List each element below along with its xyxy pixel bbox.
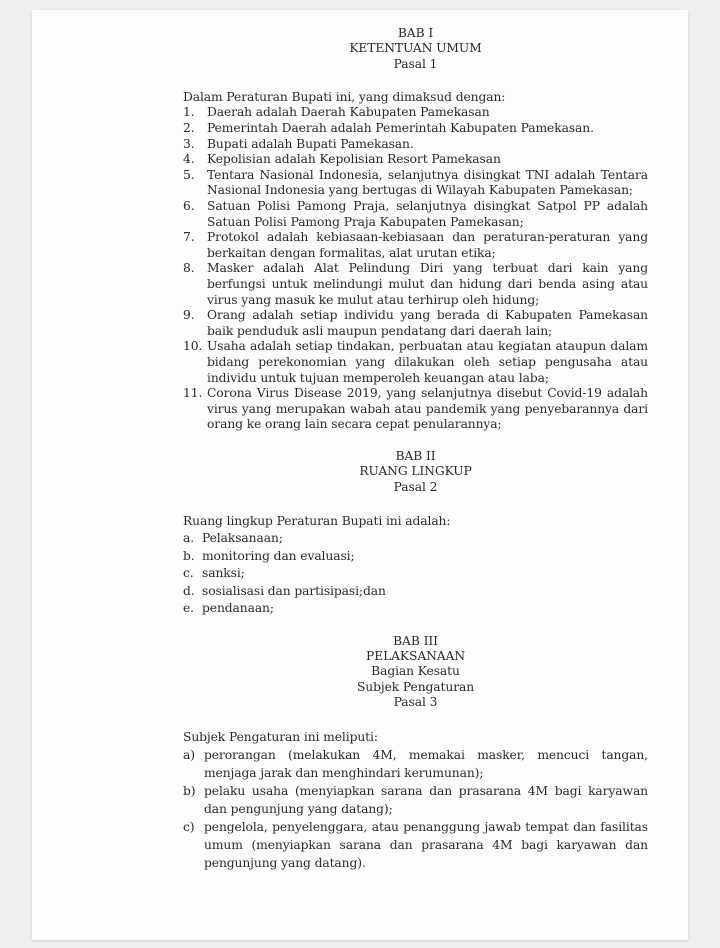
- list-item: a)perorangan (melakukan 4M, memakai mask…: [183, 746, 648, 782]
- bagian-label: Bagian Kesatu: [183, 664, 648, 679]
- list-marker: e.: [183, 600, 194, 618]
- list-marker: 5.: [183, 168, 195, 184]
- list-marker: 7.: [183, 230, 195, 246]
- list-item: c)pengelola, penyelenggara, atau penangg…: [183, 818, 648, 872]
- list-item: 6.Satuan Polisi Pamong Praja, selanjutny…: [183, 199, 648, 230]
- list-item: 2.Pemerintah Daerah adalah Pemerintah Ka…: [183, 121, 648, 137]
- list-marker: 2.: [183, 121, 195, 137]
- bab3-subtitle: Subjek Pengaturan: [183, 680, 648, 695]
- bab3-heading: BAB III PELAKSANAAN Bagian Kesatu Subjek…: [183, 634, 648, 710]
- list-item: e.pendanaan;: [183, 600, 648, 618]
- list-item: a.Pelaksanaan;: [183, 530, 648, 548]
- list-item: 11.Corona Virus Disease 2019, yang selan…: [183, 386, 648, 433]
- bab1-number: BAB I: [183, 26, 648, 41]
- pasal1-label: Pasal 1: [183, 57, 648, 72]
- list-marker: 11.: [183, 386, 202, 402]
- list-marker: 10.: [183, 339, 202, 355]
- bab2-title: RUANG LINGKUP: [183, 464, 648, 479]
- list-item: 7.Protokol adalah kebiasaan-kebiasaan da…: [183, 230, 648, 261]
- bab1-title: KETENTUAN UMUM: [183, 41, 648, 56]
- list-item: c.sanksi;: [183, 565, 648, 583]
- document-content: BAB I KETENTUAN UMUM Pasal 1 Dalam Perat…: [183, 26, 648, 872]
- pasal2-label: Pasal 2: [183, 480, 648, 495]
- bab1-intro: Dalam Peraturan Bupati ini, yang dimaksu…: [183, 90, 648, 106]
- list-marker: d.: [183, 583, 195, 601]
- bab3-title: PELAKSANAAN: [183, 649, 648, 664]
- list-marker: 3.: [183, 137, 195, 153]
- bab3-number: BAB III: [183, 634, 648, 649]
- list-marker: 8.: [183, 261, 195, 277]
- document-page: BAB I KETENTUAN UMUM Pasal 1 Dalam Perat…: [32, 10, 688, 940]
- definitions-list: 1.Daerah adalah Daerah Kabupaten Pamekas…: [183, 105, 648, 432]
- list-item: b)pelaku usaha (menyiapkan sarana dan pr…: [183, 782, 648, 818]
- bab3-intro: Subjek Pengaturan ini meliputi:: [183, 728, 648, 746]
- subjects-list: a)perorangan (melakukan 4M, memakai mask…: [183, 746, 648, 872]
- list-item: 1.Daerah adalah Daerah Kabupaten Pamekas…: [183, 105, 648, 121]
- list-marker: 4.: [183, 152, 195, 168]
- list-marker: 6.: [183, 199, 195, 215]
- list-item: b.monitoring dan evaluasi;: [183, 548, 648, 566]
- list-item: 4.Kepolisian adalah Kepolisian Resort Pa…: [183, 152, 648, 168]
- list-item: 5.Tentara Nasional Indonesia, selanjutny…: [183, 168, 648, 199]
- list-marker: 9.: [183, 308, 195, 324]
- pasal3-label: Pasal 3: [183, 695, 648, 710]
- list-marker: a): [183, 746, 195, 764]
- list-marker: 1.: [183, 105, 195, 121]
- list-marker: c.: [183, 565, 194, 583]
- list-item: 10.Usaha adalah setiap tindakan, perbuat…: [183, 339, 648, 386]
- list-marker: a.: [183, 530, 194, 548]
- bab1-heading: BAB I KETENTUAN UMUM Pasal 1: [183, 26, 648, 72]
- bab2-intro: Ruang lingkup Peraturan Bupati ini adala…: [183, 513, 648, 531]
- list-item: 9.Orang adalah setiap individu yang bera…: [183, 308, 648, 339]
- scope-list: a.Pelaksanaan; b.monitoring dan evaluasi…: [183, 530, 648, 618]
- list-marker: b.: [183, 548, 195, 566]
- list-marker: c): [183, 818, 195, 836]
- list-marker: b): [183, 782, 195, 800]
- list-item: 8.Masker adalah Alat Pelindung Diri yang…: [183, 261, 648, 308]
- list-item: 3.Bupati adalah Bupati Pamekasan.: [183, 137, 648, 153]
- bab2-number: BAB II: [183, 449, 648, 464]
- bab2-heading: BAB II RUANG LINGKUP Pasal 2: [183, 449, 648, 495]
- list-item: d.sosialisasi dan partisipasi;dan: [183, 583, 648, 601]
